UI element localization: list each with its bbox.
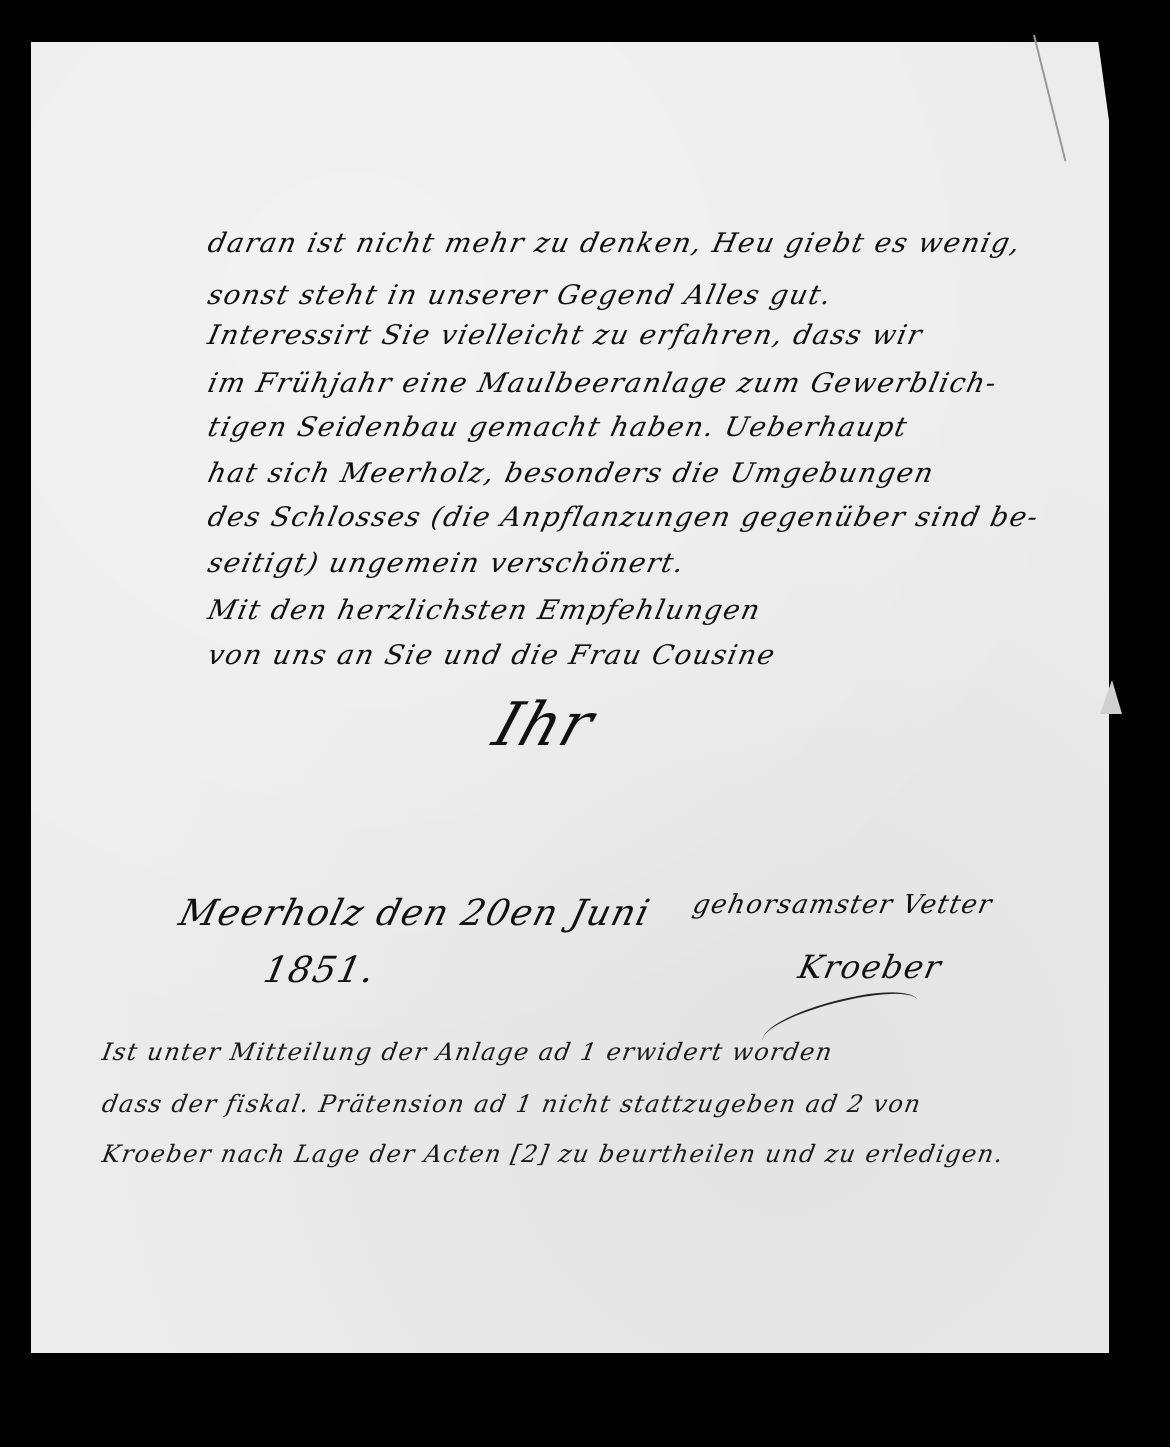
body-line-6: hat sich Meerholz, besonders die Umgebun… xyxy=(205,458,937,489)
signature: Kroeber xyxy=(795,948,946,986)
paper-tear xyxy=(1100,680,1122,714)
closing-phrase: gehorsamster Vetter xyxy=(690,890,996,920)
body-line-7: des Schlosses (die Anpflanzungen gegenüb… xyxy=(205,502,1042,533)
annotation-line-2: dass der fiskal. Prätension ad 1 nicht s… xyxy=(100,1090,924,1118)
body-line-8: seitigt) ungemein verschönert. xyxy=(205,548,688,579)
annotation-line-1: Ist unter Mitteilung der Anlage ad 1 erw… xyxy=(100,1038,835,1066)
body-line-3: Interessirt Sie vielleicht zu erfahren, … xyxy=(205,320,926,351)
body-line-2: sonst steht in unserer Gegend Alles gut. xyxy=(205,280,835,311)
annotation-line-3: Kroeber nach Lage der Acten [2] zu beurt… xyxy=(100,1140,1006,1168)
place-date: Meerholz den 20en Juni xyxy=(175,893,655,934)
body-line-5: tigen Seidenbau gemacht haben. Ueberhaup… xyxy=(205,412,911,443)
body-line-10: von uns an Sie und die Frau Cousine xyxy=(205,640,779,671)
body-line-1: daran ist nicht mehr zu denken, Heu gieb… xyxy=(205,228,1024,259)
body-line-9: Mit den herzlichsten Empfehlungen xyxy=(205,595,764,626)
year: 1851. xyxy=(260,950,379,991)
body-line-4: im Frühjahr eine Maulbeeranlage zum Gewe… xyxy=(205,368,1000,399)
